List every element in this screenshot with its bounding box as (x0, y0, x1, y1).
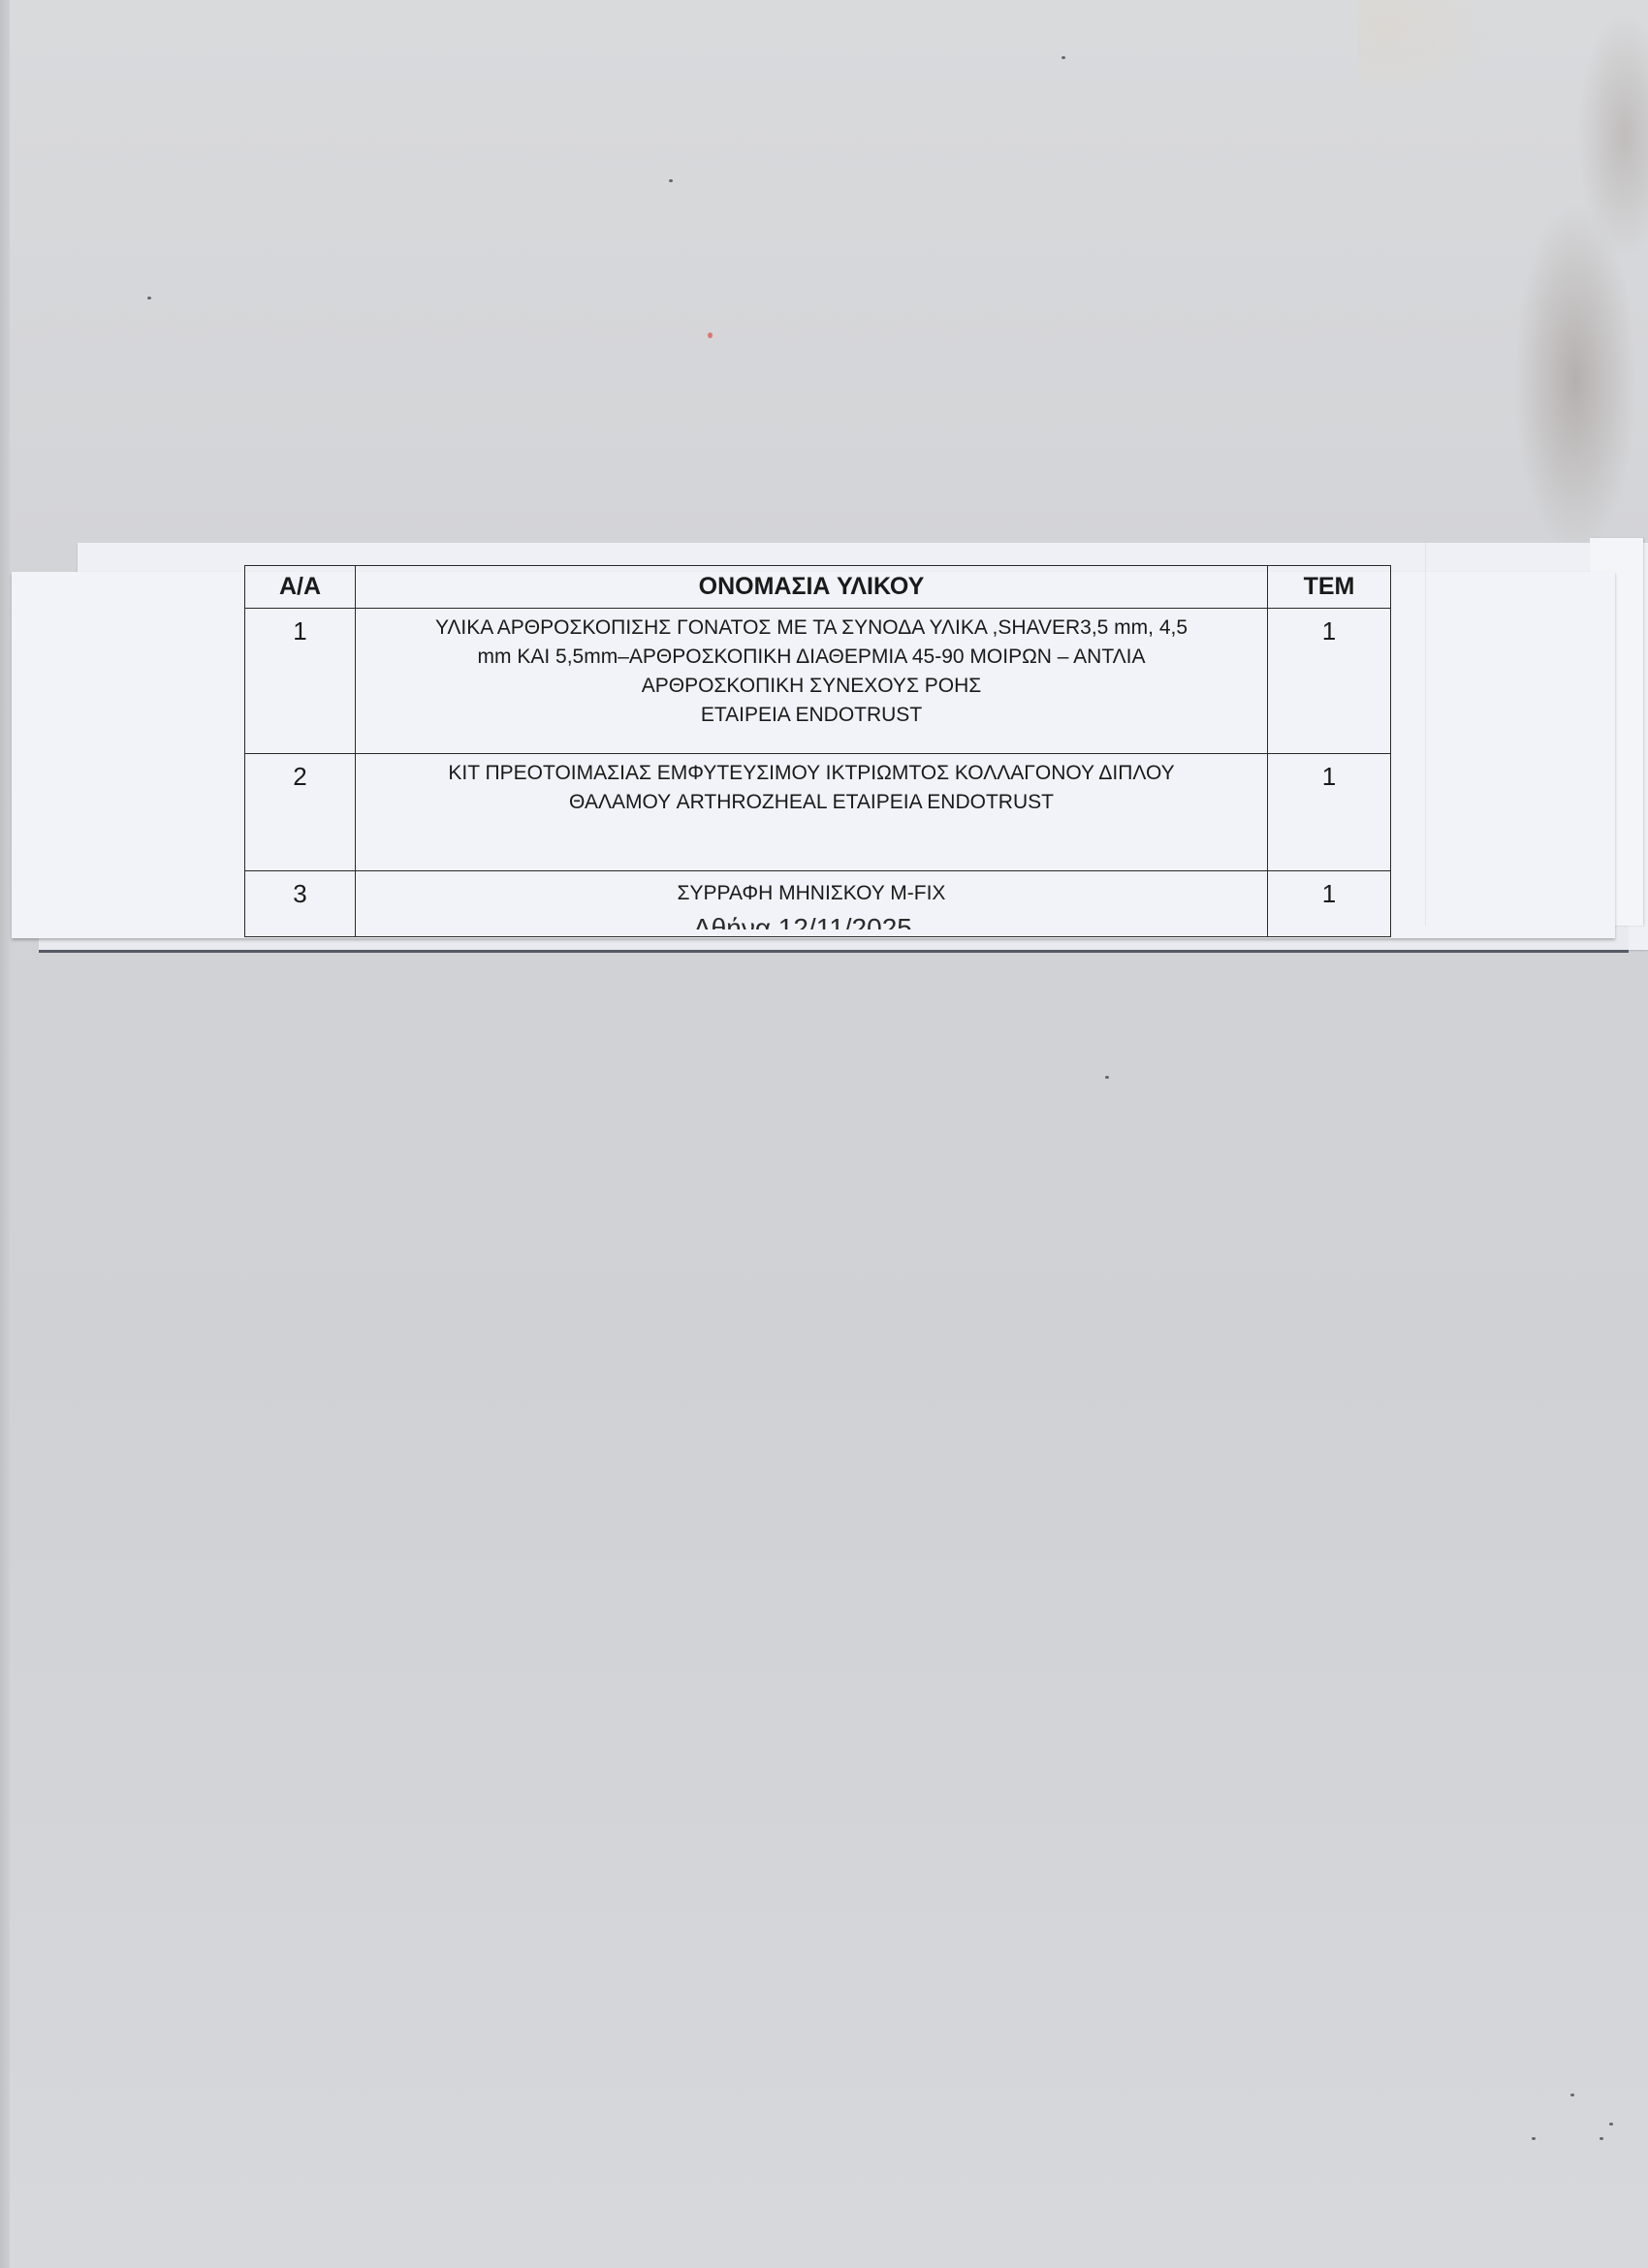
header-quantity: ΤΕΜ (1268, 566, 1391, 609)
speck (1105, 1076, 1109, 1079)
row-quantity: 1 (1268, 754, 1391, 871)
speck (1062, 56, 1065, 59)
row-index: 3 (245, 871, 356, 937)
paper-stain (1357, 0, 1648, 543)
speck (669, 179, 673, 182)
materials-table: Α/Α ΟΝΟΜΑΣΙΑ ΥΛΙΚΟΥ ΤΕΜ 1 ΥΛΙΚΑ ΑΡΘΡΟΣΚΟ… (244, 565, 1391, 937)
row-index: 1 (245, 609, 356, 754)
date-line-partially-hidden: Αθήνα 12/11/2025 (693, 913, 984, 929)
description-line: mm ΚΑΙ 5,5mm–ΑΡΘΡΟΣΚΟΠΙΚΗ ΔΙΑΘΕΡΜΙΑ 45-9… (367, 643, 1255, 672)
place-date: Αθήνα 12/11/2025 (693, 913, 984, 929)
table-row: 1 ΥΛΙΚΑ ΑΡΘΡΟΣΚΟΠΙΣΗΣ ΓΟΝΑΤΟΣ ΜΕ ΤΑ ΣΥΝΟ… (245, 609, 1391, 754)
header-material-name: ΟΝΟΜΑΣΙΑ ΥΛΙΚΟΥ (356, 566, 1268, 609)
description-line: ΥΛΙΚΑ ΑΡΘΡΟΣΚΟΠΙΣΗΣ ΓΟΝΑΤΟΣ ΜΕ ΤΑ ΣΥΝΟΔΑ… (367, 614, 1255, 643)
speck (1570, 2094, 1574, 2096)
description-line: ΑΡΘΡΟΣΚΟΠΙΚΗ ΣΥΝΕΧΟΥΣ ΡΟΗΣ (367, 672, 1255, 701)
speck (1600, 2137, 1603, 2140)
scan-edge (0, 0, 10, 2268)
description-line: ΣΥΡΡΑΦΗ ΜΗΝΙΣΚΟΥ M-FIX (367, 879, 1255, 908)
speck (1609, 2123, 1613, 2126)
speck (1532, 2137, 1536, 2140)
table-header-row: Α/Α ΟΝΟΜΑΣΙΑ ΥΛΙΚΟΥ ΤΕΜ (245, 566, 1391, 609)
fold-crease (1425, 543, 1426, 926)
speck (708, 332, 713, 338)
row-description: ΚΙΤ ΠΡΕΟΤΟΙΜΑΣΙΑΣ ΕΜΦΥΤΕΥΣΙΜΟΥ ΙΚΤΡΙΩΜΤΟ… (356, 754, 1268, 871)
description-line: ΘΑΛΑΜΟΥ ARTHROZHEAL ΕΤΑΙΡΕΙΑ ENDOTRUST (367, 788, 1255, 817)
table-row: 2 ΚΙΤ ΠΡΕΟΤΟΙΜΑΣΙΑΣ ΕΜΦΥΤΕΥΣΙΜΟΥ ΙΚΤΡΙΩΜ… (245, 754, 1391, 871)
description-line: ΕΤΑΙΡΕΙΑ ENDOTRUST (367, 701, 1255, 730)
row-quantity: 1 (1268, 871, 1391, 937)
row-description: ΥΛΙΚΑ ΑΡΘΡΟΣΚΟΠΙΣΗΣ ΓΟΝΑΤΟΣ ΜΕ ΤΑ ΣΥΝΟΔΑ… (356, 609, 1268, 754)
row-index: 2 (245, 754, 356, 871)
header-index: Α/Α (245, 566, 356, 609)
description-line: ΚΙΤ ΠΡΕΟΤΟΙΜΑΣΙΑΣ ΕΜΦΥΤΕΥΣΙΜΟΥ ΙΚΤΡΙΩΜΤΟ… (367, 759, 1255, 788)
row-quantity: 1 (1268, 609, 1391, 754)
speck (147, 297, 151, 299)
